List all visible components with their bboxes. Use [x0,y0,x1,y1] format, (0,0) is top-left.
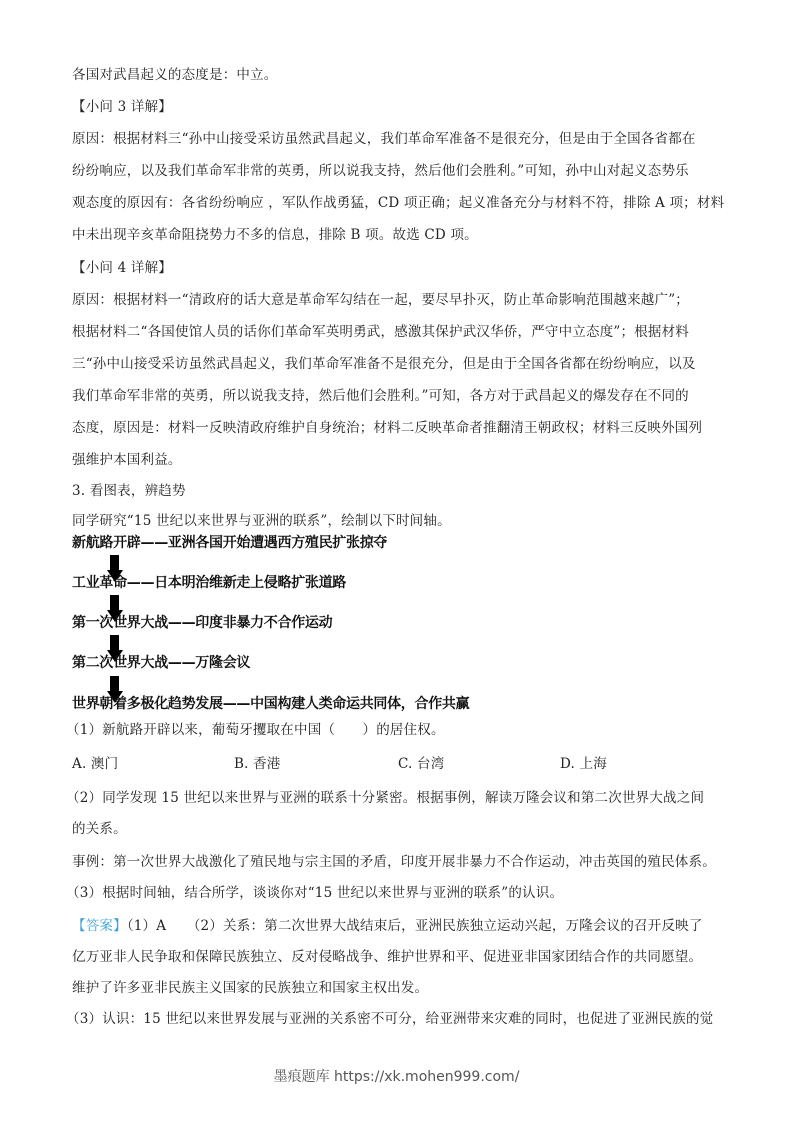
text-line: 根据材料二“各国使馆人员的话你们革命军英明勇武，感激其保护武汉华侨，严守中立态度… [72,323,689,341]
question-2-cont: 的关系。 [72,820,127,838]
text-line: 中未出现辛亥革命阻挠势力不多的信息，排除 B 项。故选 CD 项。 [72,226,478,244]
text-line: 我们革命军非常的英勇，所以说我支持，然后他们会胜利。”可知，各方对于武昌起义的爆… [72,387,689,405]
option-b: B. 香港 [234,755,281,773]
watermark-footer: 墨痕题库 https://xk.mohen999.com/ [0,1066,793,1086]
section-heading-q3: 【小问 3 详解】 [72,98,172,116]
timeline-item: 第二次世界大战——万隆会议 [72,654,250,672]
text-line: 原因：根据材料三“孙中山接受采访虽然武昌起义，我们革命军准备不是很充分，但是由于… [72,130,696,148]
question-3: （3）根据时间轴，结合所学，谈谈你对“15 世纪以来世界与亚洲的联系”的认识。 [66,884,563,902]
question-2: （2）同学发现 15 世纪以来世界与亚洲的联系十分紧密。根据事例，解读万隆会议和… [66,789,704,807]
answer-line: 亿万亚非人民争取和保障民族独立、反对侵略战争、维护世界和平、促进亚非国家团结合作… [72,948,702,966]
timeline-item: 工业革命——日本明治维新走上侵略扩张道路 [72,574,346,592]
option-c: C. 台湾 [398,755,444,773]
answer-line: 【答案】（1）A （2）关系：第二次世界大战结束后，亚洲民族独立运动兴起，万隆会… [72,917,703,935]
answer-label: 【答案】 [72,918,127,934]
question-title: 3. 看图表，辨趋势 [72,482,186,500]
options-row: A. 澳门 B. 香港 C. 台湾 D. 上海 [72,755,732,773]
option-d: D. 上海 [560,755,607,773]
text-line: 各国对武昌起义的态度是：中立。 [72,66,278,84]
document-page: 各国对武昌起义的态度是：中立。 【小问 3 详解】 原因：根据材料三“孙中山接受… [0,0,793,1122]
timeline-item: 世界朝着多极化趋势发展——中国构建人类命运共同体，合作共赢 [72,695,469,713]
text-line: 三“孙中山接受采访虽然武昌起义，我们革命军准备不是很充分，但是由于全国各省都在纷… [72,355,696,373]
text-line: 态度，原因是：材料一反映清政府维护自身统治；材料二反映革命者推翻清王朝政权；材料… [72,419,702,437]
section-heading-q4: 【小问 4 详解】 [72,259,172,277]
option-a: A. 澳门 [72,755,118,773]
text-line: 原因：根据材料一“清政府的话大意是革命军勾结在一起，要尽早扑灭，防止革命影响范围… [72,291,689,309]
text-line: 同学研究“15 世纪以来世界与亚洲的联系”，绘制以下时间轴。 [72,512,451,530]
example-text: 事例：第一次世界大战激化了殖民地与宗主国的矛盾，印度开展非暴力不合作运动，冲击英… [72,853,716,871]
answer-line: （3）认识：15 世纪以来世界发展与亚洲的关系密不可分，给亚洲带来灾难的同时，也… [66,1010,713,1028]
answer-text: （1）A （2）关系：第二次世界大战结束后，亚洲民族独立运动兴起，万隆会议的召开… [127,918,703,934]
timeline-item: 新航路开辟——亚洲各国开始遭遇西方殖民扩张掠夺 [72,534,387,552]
text-line: 强维护本国利益。 [72,451,182,469]
text-line: 观态度的原因有：各省纷纷响应 ，军队作战勇猛，CD 项正确；起义准备充分与材料不… [72,194,724,212]
timeline-item: 第一次世界大战——印度非暴力不合作运动 [72,614,332,632]
answer-line: 维护了许多亚非民族主义国家的民族独立和国家主权出发。 [72,979,428,997]
text-line: 纷纷响应，以及我们革命军非常的英勇，所以说我支持，然后他们会胜利。”可知，孙中山… [72,162,689,180]
question-1: （1）新航路开辟以来，葡萄牙攫取在中国（ ）的居住权。 [66,721,445,739]
